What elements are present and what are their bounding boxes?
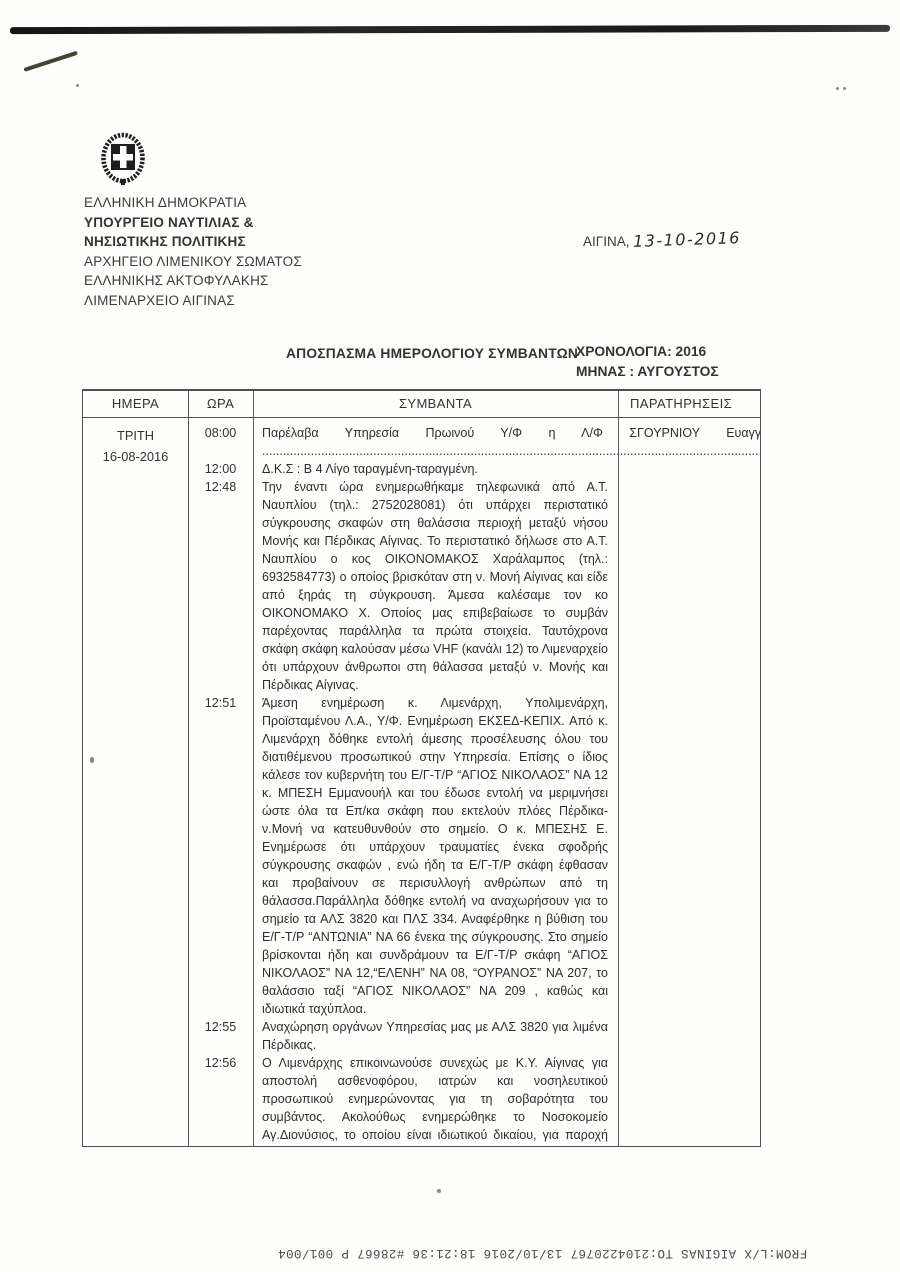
column-header-remarks: ΠΑΡΑΤΗΡΗΣΕΙΣ <box>618 396 761 411</box>
month-label: ΜΗΝΑΣ : ΑΥΓΟΥΣΤΟΣ <box>576 364 719 379</box>
scan-speck <box>437 1189 441 1193</box>
letterhead: ΕΛΛΗΝΙΚΗ ΔΗΜΟΚΡΑΤΙΑ ΥΠΟΥΡΓΕΙΟ ΝΑΥΤΙΛΙΑΣ … <box>84 193 302 310</box>
letterhead-line: ΥΠΟΥΡΓΕΙΟ ΝΑΥΤΙΛΙΑΣ & <box>84 213 302 233</box>
chronology-label: ΧΡΟΝΟΛΟΓΙΑ: 2016 <box>576 344 706 359</box>
entry-time: 12:00 <box>188 460 253 478</box>
day-cell: ΤΡΙΤΗ 16-08-2016 <box>83 425 188 467</box>
letterhead-line: ΕΛΛΗΝΙΚΗ ΔΗΜΟΚΡΑΤΙΑ <box>84 193 302 213</box>
entry-time: 12:56 <box>188 1054 253 1072</box>
scanner-edge-bar <box>10 25 890 34</box>
column-header-events: ΣΥΜΒΑΝΤΑ <box>253 396 618 411</box>
pen-stroke-mark <box>23 51 77 72</box>
log-entry: 08:00 Παρέλαβα Υπηρεσία Πρωινού Υ/Φ η Λ/… <box>188 424 618 460</box>
letterhead-line: ΕΛΛΗΝΙΚΗΣ ΑΚΤΟΦΥΛΑΚΗΣ <box>84 271 302 291</box>
document-title: ΑΠΟΣΠΑΣΜΑ ΗΜΕΡΟΛΟΓΙΟΥ ΣΥΜΒΑΝΤΩΝ <box>286 346 578 361</box>
letterhead-line: ΝΗΣΙΩΤΙΚΗΣ ΠΟΛΙΤΙΚΗΣ <box>84 232 302 252</box>
entry-text: Παρέλαβα Υπηρεσία Πρωινού Υ/Φ η Λ/Φ ΣΓΟΥ… <box>253 424 760 460</box>
column-header-time: ΩΡΑ <box>188 396 253 411</box>
weekday: ΤΡΙΤΗ <box>83 425 188 446</box>
letterhead-line: ΑΡΧΗΓΕΙΟ ΛΙΜΕΝΙΚΟΥ ΣΩΜΑΤΟΣ <box>84 252 302 272</box>
handwritten-date: 13-10-2016 <box>633 228 742 251</box>
column-header-day: ΗΜΕΡΑ <box>83 396 188 411</box>
place-label: ΑΙΓΙΝΑ, <box>583 234 629 249</box>
place-date-line: ΑΙΓΙΝΑ, 13-10-2016 <box>583 231 741 250</box>
entry-time: 12:48 <box>188 478 253 496</box>
scanned-document-page: ΕΛΛΗΝΙΚΗ ΔΗΜΟΚΡΑΤΙΑ ΥΠΟΥΡΓΕΙΟ ΝΑΥΤΙΛΙΑΣ … <box>0 0 900 1272</box>
table-header-row: ΗΜΕΡΑ ΩΡΑ ΣΥΜΒΑΝΤΑ ΠΑΡΑΤΗΡΗΣΕΙΣ <box>83 391 760 418</box>
letterhead-line: ΛΙΜΕΝΑΡΧΕΙΟ ΑΙΓΙΝΑΣ <box>84 291 302 311</box>
log-entry: 12:00 Δ.Κ.Σ : Β 4 Λίγο ταραγμένη-ταραγμέ… <box>188 460 618 478</box>
fax-header-line: FROM:L/X AIGINAS TO:2104220767 13/10/201… <box>185 1238 900 1260</box>
entry-text: Δ.Κ.Σ : Β 4 Λίγο ταραγμένη-ταραγμένη. <box>253 460 618 478</box>
table-body: ΤΡΙΤΗ 16-08-2016 08:00 Παρέλαβα Υπηρεσία… <box>83 418 760 1146</box>
entry-time: 08:00 <box>188 424 253 442</box>
entry-text: Άμεση ενημέρωση κ. Λιμενάρχη, Υπολιμενάρ… <box>253 694 618 1018</box>
log-entry: 12:56 Ο Λιμενάρχης επικοινωνούσε συνεχώς… <box>188 1054 618 1146</box>
entry-text: Την έναντι ώρα ενημερωθήκαμε τηλεφωνικά … <box>253 478 618 694</box>
log-entry: 12:48 Την έναντι ώρα ενημερωθήκαμε τηλεφ… <box>188 478 618 694</box>
log-entries: 08:00 Παρέλαβα Υπηρεσία Πρωινού Υ/Φ η Λ/… <box>188 424 618 1146</box>
entry-text: Ο Λιμενάρχης επικοινωνούσε συνεχώς με Κ.… <box>253 1054 618 1146</box>
scan-speck <box>843 87 846 90</box>
entry-text: Αναχώρηση οργάνων Υπηρεσίας μας με ΑΛΣ 3… <box>253 1018 618 1054</box>
greek-national-emblem-icon <box>99 131 147 187</box>
entry-time: 12:55 <box>188 1018 253 1036</box>
scan-speck <box>836 87 839 90</box>
date: 16-08-2016 <box>83 446 188 467</box>
log-entry: 12:55 Αναχώρηση οργάνων Υπηρεσίας μας με… <box>188 1018 618 1054</box>
events-log-table: ΗΜΕΡΑ ΩΡΑ ΣΥΜΒΑΝΤΑ ΠΑΡΑΤΗΡΗΣΕΙΣ ΤΡΙΤΗ 16… <box>82 389 761 1147</box>
log-entry: 12:51 Άμεση ενημέρωση κ. Λιμενάρχη, Υπολ… <box>188 694 618 1018</box>
entry-time: 12:51 <box>188 694 253 712</box>
scan-speck <box>76 84 79 87</box>
